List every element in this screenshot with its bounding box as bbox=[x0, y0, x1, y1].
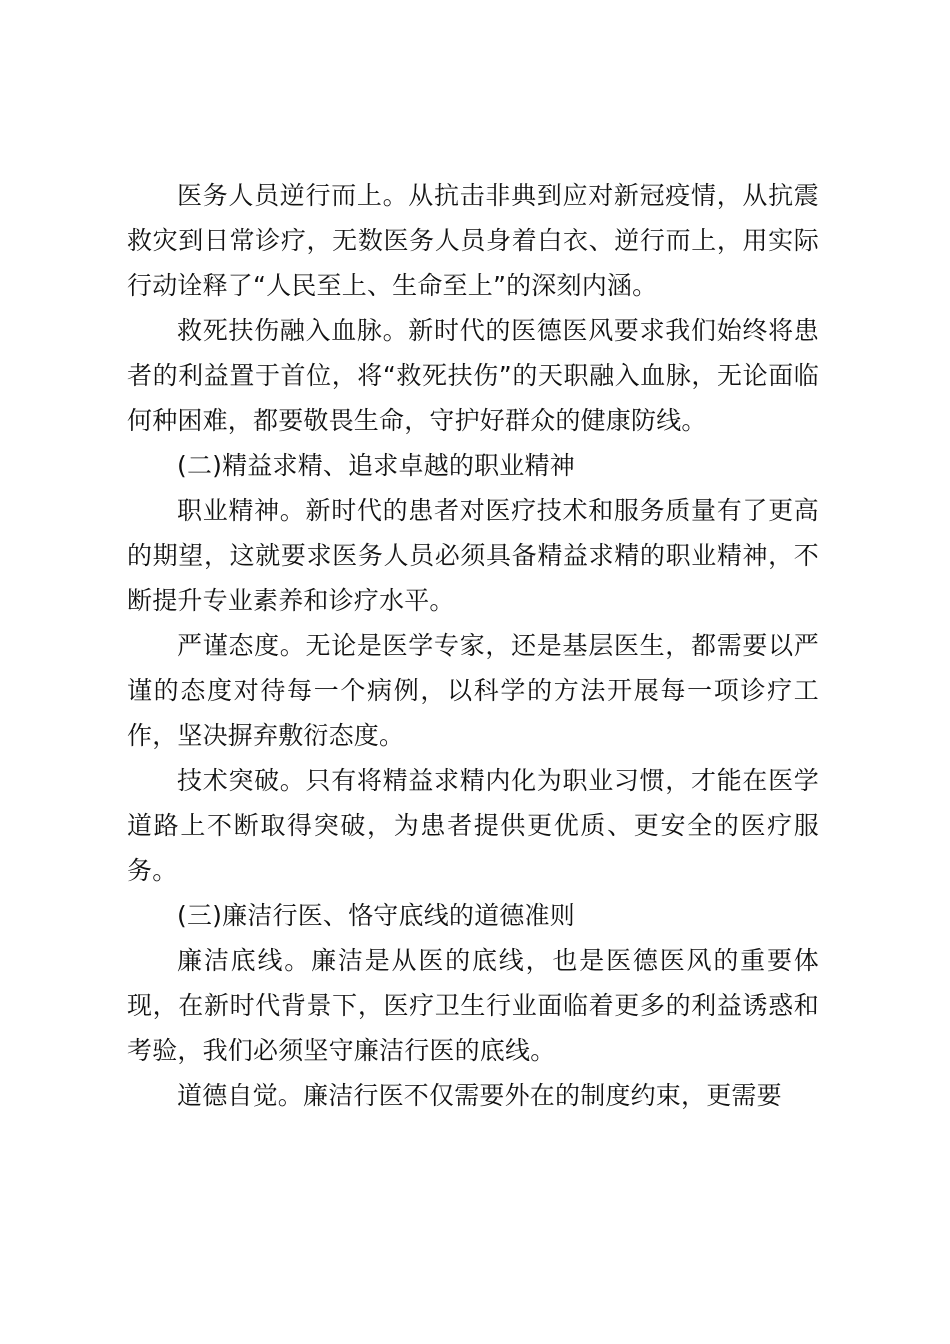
section-heading-integrity: (三)廉洁行医、恪守底线的道德准则 bbox=[127, 893, 819, 938]
section-heading-professional-spirit: (二)精益求精、追求卓越的职业精神 bbox=[127, 443, 819, 488]
paragraph-moral-consciousness: 道德自觉。廉洁行医不仅需要外在的制度约束，更需要 bbox=[127, 1073, 819, 1118]
paragraph-professional-spirit: 职业精神。新时代的患者对医疗技术和服务质量有了更高的期望，这就要求医务人员必须具… bbox=[127, 488, 819, 623]
paragraph-rigorous-attitude: 严谨态度。无论是医学专家，还是基层医生，都需要以严谨的态度对待每一个病例，以科学… bbox=[127, 623, 819, 758]
paragraph-technical-breakthrough: 技术突破。只有将精益求精内化为职业习惯，才能在医学道路上不断取得突破，为患者提供… bbox=[127, 758, 819, 893]
paragraph-saving-lives: 救死扶伤融入血脉。新时代的医德医风要求我们始终将患者的利益置于首位，将“救死扶伤… bbox=[127, 308, 819, 443]
document-page: 医务人员逆行而上。从抗击非典到应对新冠疫情，从抗震救灾到日常诊疗，无数医务人员身… bbox=[127, 173, 819, 1118]
paragraph-integrity-baseline: 廉洁底线。廉洁是从医的底线，也是医德医风的重要体现，在新时代背景下，医疗卫生行业… bbox=[127, 938, 819, 1073]
paragraph-medical-staff-forward: 医务人员逆行而上。从抗击非典到应对新冠疫情，从抗震救灾到日常诊疗，无数医务人员身… bbox=[127, 173, 819, 308]
